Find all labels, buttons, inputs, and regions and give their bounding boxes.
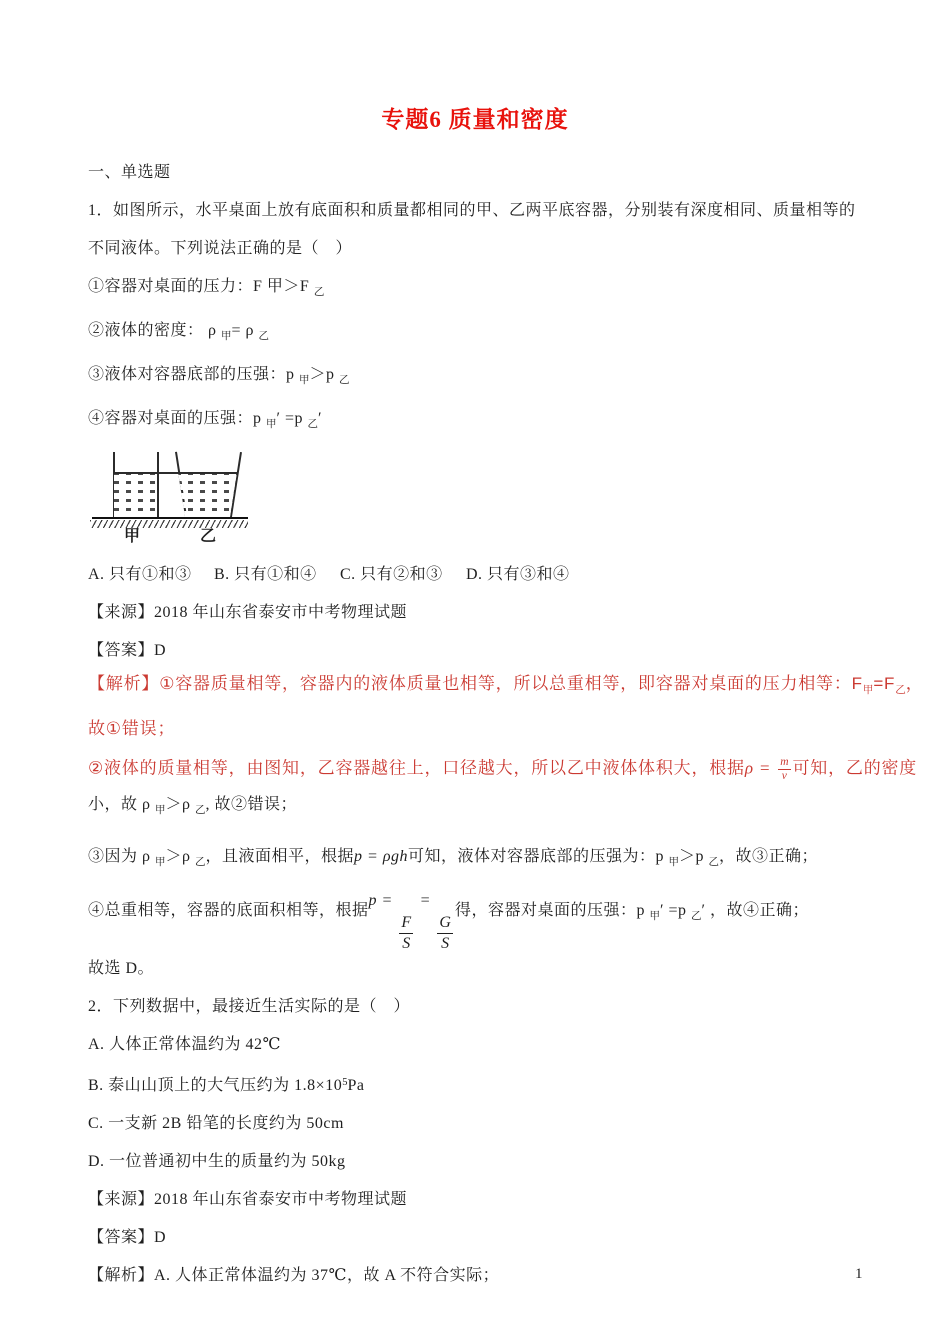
q2-stem: 2．下列数据中，最接近生活实际的是（ ） bbox=[88, 996, 905, 1017]
q2-analysis: 【解析】A. 人体正常体温约为 37℃，故 A 不符合实际； bbox=[88, 1265, 905, 1286]
q1-analysis-red-line3: ②液体的质量相等，由图知，乙容器越往上，口径越大，所以乙中液体体积大，根据ρ =… bbox=[88, 756, 905, 782]
q1-analysis-red-line2: 故①错误； bbox=[88, 718, 905, 739]
ground-hatching bbox=[90, 520, 248, 528]
q1-analysis-black-line2: ③因为 ρ 甲＞ρ 乙，且液面相平，根据p = ρgh可知，液体对容器底部的压强… bbox=[88, 846, 905, 873]
page-content: 一、单选题 1．如图所示，水平桌面上放有底面积和质量都相同的甲、乙两平底容器，分… bbox=[0, 136, 950, 1286]
jia-right-wall bbox=[157, 452, 159, 517]
q1-option-c: C. 只有②和③ bbox=[340, 564, 466, 585]
q1-options-row: A. 只有①和③B. 只有①和④C. 只有②和③D. 只有③和④ bbox=[88, 564, 905, 585]
q1-option-b: B. 只有①和④ bbox=[214, 564, 340, 585]
q1-stem-line2: 不同液体。下列说法正确的是（ ） bbox=[88, 238, 905, 259]
jia-liquid bbox=[114, 472, 157, 517]
yi-liquid bbox=[176, 472, 240, 517]
q2-source: 【来源】2018 年山东省泰安市中考物理试题 bbox=[88, 1189, 905, 1210]
q1-analysis-black-line3: ④总重相等，容器的底面积相等，根据p = FS = GS得，容器对桌面的压强：p… bbox=[88, 890, 905, 954]
q2-answer: 【答案】D bbox=[88, 1227, 905, 1248]
jia-label: 甲 bbox=[124, 528, 140, 546]
page-title: 专题6 质量和密度 bbox=[0, 0, 950, 136]
page-number: 1 bbox=[855, 1266, 863, 1283]
q1-stem-line1: 1．如图所示，水平桌面上放有底面积和质量都相同的甲、乙两平底容器，分别装有深度相… bbox=[88, 200, 905, 221]
q1-analysis-red-line1: 【解析】①容器质量相等，容器内的液体质量也相等，所以总重相等，即容器对桌面的压力… bbox=[88, 673, 905, 701]
yi-label: 乙 bbox=[200, 528, 216, 546]
containers-figure: 甲 乙 bbox=[88, 452, 368, 548]
q2-option-a: A. 人体正常体温约为 42℃ bbox=[88, 1034, 905, 1055]
q1-option-d: D. 只有③和④ bbox=[466, 564, 570, 585]
q2-option-d: D. 一位普通初中生的质量约为 50kg bbox=[88, 1151, 905, 1172]
q1-item-2: ②液体的密度： ρ 甲= ρ 乙 bbox=[88, 320, 905, 347]
q1-option-a: A. 只有①和③ bbox=[88, 564, 214, 585]
document-page: 专题6 质量和密度 一、单选题 1．如图所示，水平桌面上放有底面积和质量都相同的… bbox=[0, 0, 950, 1344]
liquid-level-line bbox=[113, 472, 237, 474]
q1-item-1: ①容器对桌面的压力：F 甲＞F 乙 bbox=[88, 276, 905, 303]
q2-option-c: C. 一支新 2B 铅笔的长度约为 50cm bbox=[88, 1113, 905, 1134]
q1-source: 【来源】2018 年山东省泰安市中考物理试题 bbox=[88, 602, 905, 623]
section-header: 一、单选题 bbox=[88, 162, 905, 183]
q1-item-4: ④容器对桌面的压强：p 甲′ =p 乙′ bbox=[88, 408, 905, 435]
q2-option-b: B. 泰山山顶上的大气压约为 1.8×105Pa bbox=[88, 1072, 905, 1096]
q1-analysis-conclusion: 故选 D。 bbox=[88, 958, 905, 979]
q1-analysis-black-line1: 小，故 ρ 甲＞ρ 乙, 故②错误； bbox=[88, 794, 905, 821]
q1-answer: 【答案】D bbox=[88, 640, 905, 661]
q1-item-3: ③液体对容器底部的压强：p 甲＞p 乙 bbox=[88, 364, 905, 391]
